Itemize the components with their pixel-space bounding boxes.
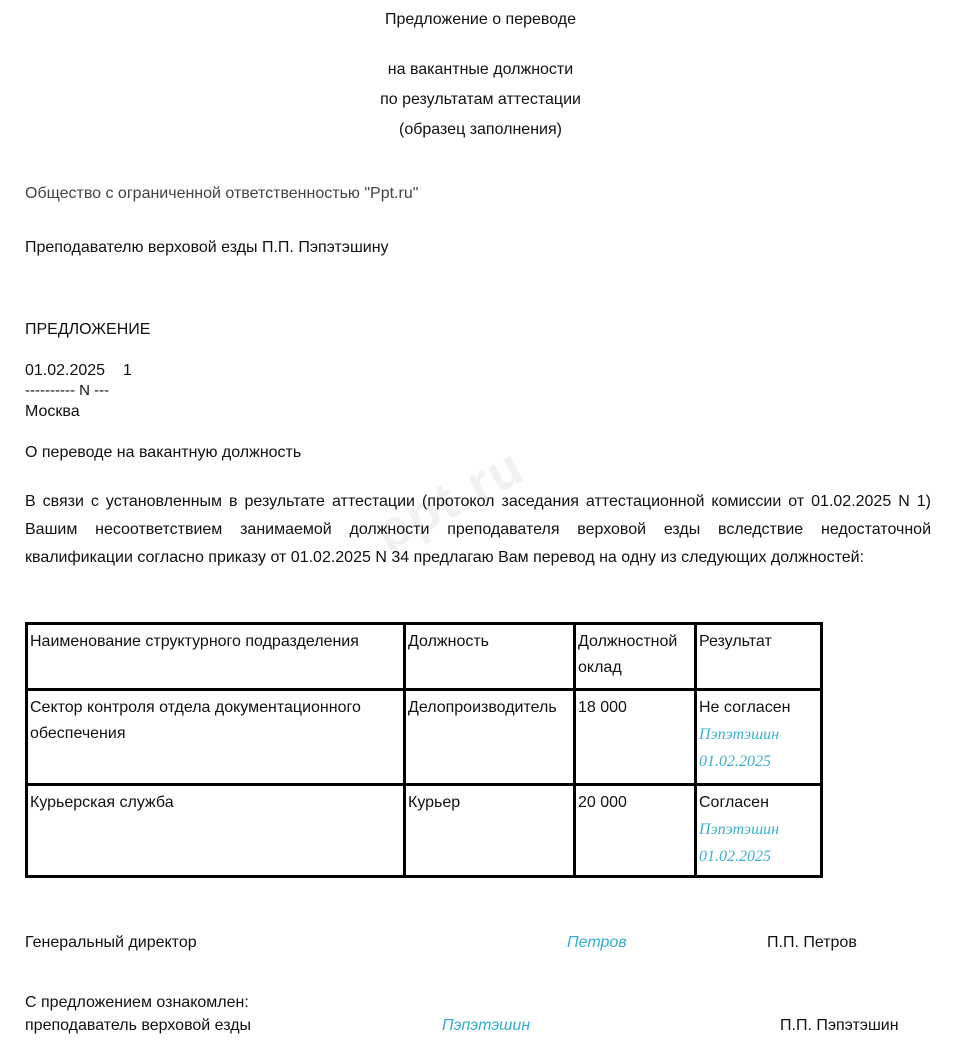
- cell-position: Курьер: [405, 785, 575, 877]
- cell-department: Курьерская служба: [27, 785, 405, 877]
- acknowledged-signature: Пэпэтэшин: [442, 1017, 530, 1035]
- acknowledged-role: преподаватель верховой езды: [25, 1017, 251, 1035]
- date-number-line: 01.02.2025 1: [25, 362, 132, 380]
- header-position: Должность: [405, 624, 575, 690]
- cell-position: Делопроизводитель: [405, 690, 575, 785]
- document-subtitle-1: на вакантные должности: [0, 61, 961, 79]
- result-text: Не согласен: [699, 699, 790, 716]
- organization-name: Общество с ограниченной ответственностью…: [25, 185, 418, 203]
- cell-result: Согласен Пэпэтэшин 01.02.2025: [696, 785, 822, 877]
- result-text: Согласен: [699, 794, 769, 811]
- city: Москва: [25, 403, 80, 421]
- handwritten-date: 01.02.2025: [699, 748, 818, 775]
- cell-result: Не согласен Пэпэтэшин 01.02.2025: [696, 690, 822, 785]
- handwritten-signature: Пэпэтэшин: [699, 816, 818, 843]
- document-subtitle-3: (образец заполнения): [0, 121, 961, 139]
- positions-table: Наименование структурного подразделения …: [25, 622, 823, 878]
- handwritten-date: 01.02.2025: [699, 843, 818, 870]
- subject: О переводе на вакантную должность: [25, 444, 301, 462]
- director-signature: Петров: [567, 934, 627, 952]
- acknowledged-name: П.П. Пэпэтэшин: [780, 1017, 899, 1035]
- cell-department: Сектор контроля отдела документационного…: [27, 690, 405, 785]
- handwritten-signature: Пэпэтэшин: [699, 721, 818, 748]
- header-department: Наименование структурного подразделения: [27, 624, 405, 690]
- doc-type: ПРЕДЛОЖЕНИЕ: [25, 321, 150, 339]
- addressee: Преподавателю верховой езды П.П. Пэпэтэш…: [25, 239, 389, 257]
- table-row: Курьерская служба Курьер 20 000 Согласен…: [27, 785, 822, 877]
- director-name: П.П. Петров: [767, 934, 857, 952]
- cell-salary: 18 000: [575, 690, 696, 785]
- table-header-row: Наименование структурного подразделения …: [27, 624, 822, 690]
- header-salary: Должностной оклад: [575, 624, 696, 690]
- director-role: Генеральный директор: [25, 934, 197, 952]
- body-paragraph: В связи с установленным в результате атт…: [25, 488, 931, 572]
- document-subtitle-2: по результатам аттестации: [0, 91, 961, 109]
- cell-salary: 20 000: [575, 785, 696, 877]
- header-result: Результат: [696, 624, 822, 690]
- acknowledged-label: С предложением ознакомлен:: [25, 994, 249, 1012]
- table-row: Сектор контроля отдела документационного…: [27, 690, 822, 785]
- document-title: Предложение о переводе: [0, 11, 961, 29]
- number-label: ---------- N ---: [25, 382, 109, 399]
